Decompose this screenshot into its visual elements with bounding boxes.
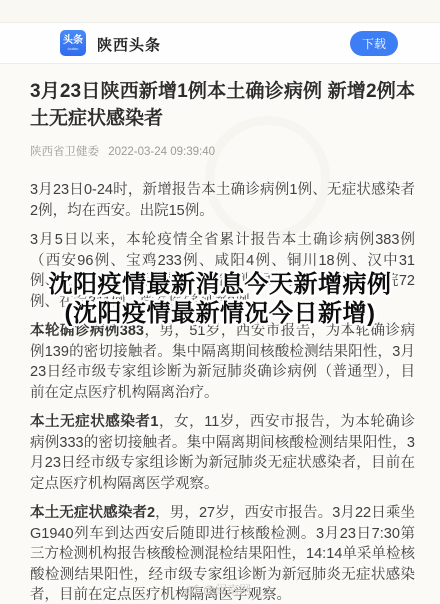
article-source: 陕西省卫健委 — [30, 146, 99, 158]
app-name: 陕西头条 — [97, 34, 161, 55]
paragraph-2: 3月5日以来，本轮疫情全省累计报告本土确诊病例383例（西安96例、宝鸡233例… — [30, 230, 415, 312]
download-button[interactable]: 下载 — [350, 31, 398, 56]
article-body: 3月23日陕西新增1例本土确诊病例 新增2例本土无症状感染者 陕西省卫健委 20… — [0, 64, 440, 604]
logo-text: 头条 — [63, 35, 83, 46]
paragraph-text: 3月23日0-24时，新增报告本土确诊病例1例、无症状感染者2例，均在西安。出院… — [30, 182, 415, 219]
paragraph-lead: 本土无症状感染者1 — [30, 414, 159, 430]
paragraph-lead: 本轮确诊病例383 — [30, 323, 144, 339]
article-title: 3月23日陕西新增1例本土确诊病例 新增2例本土无症状感染者 — [30, 78, 415, 132]
news-article-page: { "header": { "app_name": "陕西头条", "logo_… — [0, 0, 440, 604]
status-bar-strip — [0, 0, 440, 23]
weibo-camera-icon — [185, 584, 199, 596]
watermark-text: @闽南网 — [203, 581, 251, 598]
toutiao-logo-icon: 头条 toutiao — [60, 30, 86, 56]
paragraph-lead: 本土无症状感染者2 — [30, 505, 155, 521]
article-timestamp: 2022-03-24 09:39:40 — [108, 146, 215, 158]
paragraph-text: 3月5日以来，本轮疫情全省累计报告本土确诊病例383例（西安96例、宝鸡233例… — [30, 232, 415, 310]
logo-subtext: toutiao — [68, 46, 79, 51]
paragraph-4: 本土无症状感染者1，女，11岁，西安市报告，为本轮确诊病例333的密切接触者。集… — [30, 412, 415, 494]
paragraph-3: 本轮确诊病例383，男，51岁，西安市报告，为本轮确诊病例139的密切接触者。集… — [30, 321, 415, 403]
source-watermark: @闽南网 — [185, 581, 251, 598]
article-meta: 陕西省卫健委 2022-03-24 09:39:40 — [30, 143, 415, 159]
article-paragraphs: 3月23日0-24时，新增报告本土确诊病例1例、无症状感染者2例，均在西安。出院… — [30, 180, 415, 604]
app-download-banner: 头条 toutiao 陕西头条 下载 — [0, 23, 440, 64]
paragraph-1: 3月23日0-24时，新增报告本土确诊病例1例、无症状感染者2例，均在西安。出院… — [30, 180, 415, 221]
